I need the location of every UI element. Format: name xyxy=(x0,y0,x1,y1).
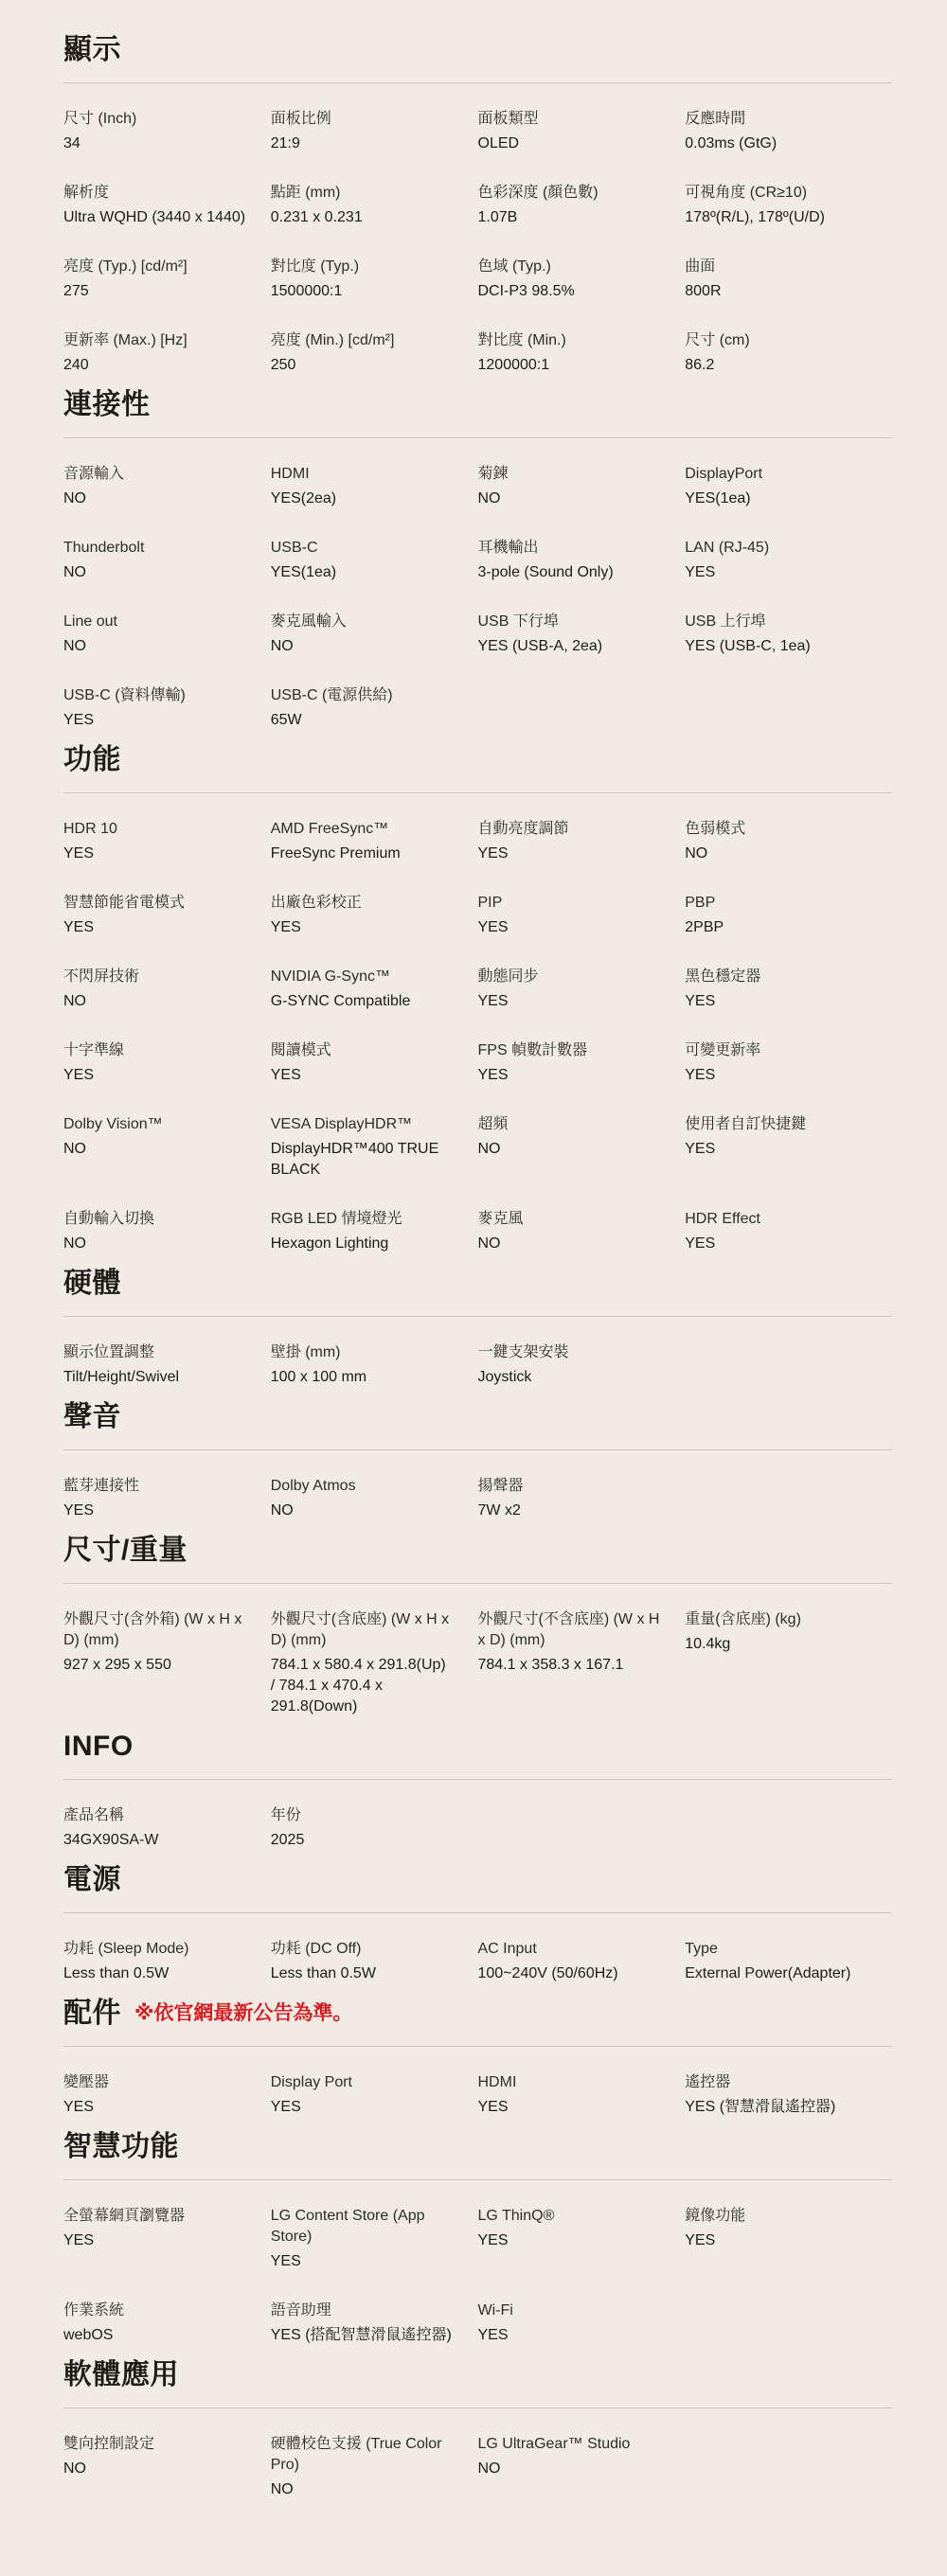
spec-label: 外觀尺寸(含底座) (W x H x D) (mm) xyxy=(271,1609,454,1651)
spec-row: 更新率 (Max.) [Hz] 240 亮度 (Min.) [cd/m²] 25… xyxy=(63,330,892,376)
spec-value: 7W x2 xyxy=(478,1501,661,1521)
spec-value: YES xyxy=(478,2230,661,2251)
spec-label: Dolby Atmos xyxy=(271,1476,454,1497)
spec-cell: Display Port YES xyxy=(271,2072,478,2118)
spec-cell: NVIDIA G-Sync™ G-SYNC Compatible xyxy=(271,967,478,1012)
spec-value: Joystick xyxy=(478,1367,661,1388)
spec-value: 178º(R/L), 178º(U/D) xyxy=(685,207,867,228)
spec-label: 尺寸 (Inch) xyxy=(63,109,246,130)
spec-label: 麥克風輸入 xyxy=(271,612,454,632)
section-rows: 雙向控制設定 NO 硬體校色支援 (True Color Pro) NO LG … xyxy=(63,2408,892,2500)
section-header: INFO xyxy=(63,1729,892,1765)
spec-row: Dolby Vision™ NO VESA DisplayHDR™ Displa… xyxy=(63,1114,892,1181)
spec-label: 耳機輸出 xyxy=(478,538,661,559)
section-title: 聲音 xyxy=(63,1399,121,1435)
spec-value: YES xyxy=(478,2325,661,2346)
spec-cell: 動態同步 YES xyxy=(478,967,686,1012)
spec-value: YES xyxy=(63,2230,246,2251)
spec-label: 語音助理 xyxy=(271,2301,454,2321)
spec-value: 800R xyxy=(685,281,867,302)
spec-cell: 尺寸 (Inch) 34 xyxy=(63,109,271,154)
spec-section: 尺寸/重量 外觀尺寸(含外箱) (W x H x D) (mm) 927 x 2… xyxy=(63,1533,892,1717)
spec-label: Thunderbolt xyxy=(63,538,246,559)
spec-value: 784.1 x 358.3 x 167.1 xyxy=(478,1655,661,1676)
spec-section: 顯示 尺寸 (Inch) 34 面板比例 21:9 面板類型 OLED 反應時間… xyxy=(63,32,892,376)
spec-value: NO xyxy=(63,489,246,509)
spec-label: 鏡像功能 xyxy=(685,2206,867,2227)
spec-cell: 自動輸入切換 NO xyxy=(63,1209,271,1254)
spec-value: NO xyxy=(63,562,246,583)
spec-value: 100~240V (50/60Hz) xyxy=(478,1963,661,1984)
spec-label: 外觀尺寸(含外箱) (W x H x D) (mm) xyxy=(63,1609,246,1651)
spec-cell: 功耗 (DC Off) Less than 0.5W xyxy=(271,1939,478,1984)
spec-value: 240 xyxy=(63,355,246,376)
spec-cell: 閱讀模式 YES xyxy=(271,1040,478,1086)
spec-value: NO xyxy=(271,636,454,657)
spec-row: 作業系統 webOS 語音助理 YES (搭配智慧滑鼠遙控器) Wi-Fi YE… xyxy=(63,2301,892,2346)
spec-value: YES (搭配智慧滑鼠遙控器) xyxy=(271,2325,454,2346)
spec-row: 全螢幕網頁瀏覽器 YES LG Content Store (App Store… xyxy=(63,2206,892,2272)
section-title: 連接性 xyxy=(63,387,151,423)
spec-label: 音源輸入 xyxy=(63,464,246,485)
spec-cell: USB-C (電源供給) 65W xyxy=(271,685,478,731)
spec-value: YES xyxy=(478,844,661,864)
spec-label: 面板類型 xyxy=(478,109,661,130)
spec-label: 顯示位置調整 xyxy=(63,1342,246,1363)
spec-cell: Dolby Atmos NO xyxy=(271,1476,478,1521)
spec-label: HDR Effect xyxy=(685,1209,867,1230)
section-title: 尺寸/重量 xyxy=(63,1533,188,1569)
spec-label: 作業系統 xyxy=(63,2301,246,2321)
spec-cell: 不閃屏技術 NO xyxy=(63,967,271,1012)
spec-cell: HDR Effect YES xyxy=(685,1209,892,1254)
spec-row: 自動輸入切換 NO RGB LED 情境燈光 Hexagon Lighting … xyxy=(63,1209,892,1254)
spec-label: USB 下行埠 xyxy=(478,612,661,632)
spec-label: 重量(含底座) (kg) xyxy=(685,1609,867,1630)
spec-cell: Dolby Vision™ NO xyxy=(63,1114,271,1160)
spec-label: 全螢幕網頁瀏覽器 xyxy=(63,2206,246,2227)
spec-cell: 亮度 (Min.) [cd/m²] 250 xyxy=(271,330,478,376)
spec-label: 超頻 xyxy=(478,1114,661,1135)
spec-value: 34GX90SA-W xyxy=(63,1830,246,1851)
spec-cell: 產品名稱 34GX90SA-W xyxy=(63,1805,271,1851)
spec-value: NO xyxy=(63,1234,246,1254)
spec-value: YES (智慧滑鼠遙控器) xyxy=(685,2097,867,2118)
section-header: 軟體應用 xyxy=(63,2357,892,2393)
spec-label: LG UltraGear™ Studio xyxy=(478,2434,661,2455)
spec-label: 曲面 xyxy=(685,257,867,277)
spec-value: YES (USB-A, 2ea) xyxy=(478,636,661,657)
spec-label: USB 上行埠 xyxy=(685,612,867,632)
spec-label: 十字準線 xyxy=(63,1040,246,1061)
spec-label: 動態同步 xyxy=(478,967,661,987)
spec-value: NO xyxy=(63,1139,246,1160)
spec-cell: 壁掛 (mm) 100 x 100 mm xyxy=(271,1342,478,1388)
spec-value: YES xyxy=(478,991,661,1012)
spec-section: 硬體 顯示位置調整 Tilt/Height/Swivel 壁掛 (mm) 100… xyxy=(63,1266,892,1388)
spec-cell: 語音助理 YES (搭配智慧滑鼠遙控器) xyxy=(271,2301,478,2346)
spec-label: PIP xyxy=(478,893,661,914)
spec-cell: 作業系統 webOS xyxy=(63,2301,271,2346)
spec-value: DCI-P3 98.5% xyxy=(478,281,661,302)
spec-label: 尺寸 (cm) xyxy=(685,330,867,351)
spec-value: YES(2ea) xyxy=(271,489,454,509)
spec-value: YES xyxy=(271,2251,454,2272)
spec-value: 34 xyxy=(63,133,246,154)
spec-cell: 十字準線 YES xyxy=(63,1040,271,1086)
spec-cell: Type External Power(Adapter) xyxy=(685,1939,892,1984)
spec-row: 音源輸入 NO HDMI YES(2ea) 菊鍊 NO DisplayPort … xyxy=(63,464,892,509)
section-title: 功能 xyxy=(63,742,121,778)
spec-cell: 外觀尺寸(含底座) (W x H x D) (mm) 784.1 x 580.4… xyxy=(271,1609,478,1717)
spec-value: 1.07B xyxy=(478,207,661,228)
spec-value: YES xyxy=(685,2230,867,2251)
spec-value: webOS xyxy=(63,2325,246,2346)
spec-cell: 雙向控制設定 NO xyxy=(63,2434,271,2479)
spec-cell: HDMI YES xyxy=(478,2072,686,2118)
spec-cell: FPS 幀數計數器 YES xyxy=(478,1040,686,1086)
spec-row: 雙向控制設定 NO 硬體校色支援 (True Color Pro) NO LG … xyxy=(63,2434,892,2500)
spec-label: 藍芽連接性 xyxy=(63,1476,246,1497)
spec-value: YES xyxy=(478,2097,661,2118)
spec-row: USB-C (資料傳輸) YES USB-C (電源供給) 65W xyxy=(63,685,892,731)
spec-cell: HDMI YES(2ea) xyxy=(271,464,478,509)
spec-value: YES xyxy=(63,710,246,731)
spec-value: 2025 xyxy=(271,1830,454,1851)
spec-label: 一鍵支架安裝 xyxy=(478,1342,661,1363)
spec-cell: LG UltraGear™ Studio NO xyxy=(478,2434,686,2479)
spec-cell: 遙控器 YES (智慧滑鼠遙控器) xyxy=(685,2072,892,2118)
spec-section: 功能 HDR 10 YES AMD FreeSync™ FreeSync Pre… xyxy=(63,742,892,1254)
spec-label: 對比度 (Typ.) xyxy=(271,257,454,277)
section-rows: 藍芽連接性 YES Dolby Atmos NO 揚聲器 7W x2 xyxy=(63,1450,892,1521)
spec-value: 100 x 100 mm xyxy=(271,1367,454,1388)
spec-cell: Thunderbolt NO xyxy=(63,538,271,583)
spec-row: 不閃屏技術 NO NVIDIA G-Sync™ G-SYNC Compatibl… xyxy=(63,967,892,1012)
spec-value: 2PBP xyxy=(685,917,867,938)
section-rows: 尺寸 (Inch) 34 面板比例 21:9 面板類型 OLED 反應時間 0.… xyxy=(63,83,892,376)
spec-cell: 鏡像功能 YES xyxy=(685,2206,892,2251)
spec-label: AC Input xyxy=(478,1939,661,1960)
section-header: 硬體 xyxy=(63,1266,892,1302)
spec-label: Type xyxy=(685,1939,867,1960)
spec-row: 產品名稱 34GX90SA-W 年份 2025 xyxy=(63,1805,892,1851)
spec-row: Thunderbolt NO USB-C YES(1ea) 耳機輸出 3-pol… xyxy=(63,538,892,583)
spec-value: YES xyxy=(63,844,246,864)
spec-cell: 顯示位置調整 Tilt/Height/Swivel xyxy=(63,1342,271,1388)
spec-label: 色彩深度 (顏色數) xyxy=(478,183,661,204)
spec-value: 0.231 x 0.231 xyxy=(271,207,454,228)
section-title: 硬體 xyxy=(63,1266,121,1302)
section-rows: 顯示位置調整 Tilt/Height/Swivel 壁掛 (mm) 100 x … xyxy=(63,1317,892,1388)
spec-label: 雙向控制設定 xyxy=(63,2434,246,2455)
spec-cell: 外觀尺寸(含外箱) (W x H x D) (mm) 927 x 295 x 5… xyxy=(63,1609,271,1676)
spec-label: 面板比例 xyxy=(271,109,454,130)
spec-label: HDR 10 xyxy=(63,819,246,840)
section-title: 配件 xyxy=(63,1996,121,2032)
section-header: 連接性 xyxy=(63,387,892,423)
spec-label: HDMI xyxy=(271,464,454,485)
spec-cell: 藍芽連接性 YES xyxy=(63,1476,271,1521)
spec-value: 250 xyxy=(271,355,454,376)
spec-label: 使用者自訂快捷鍵 xyxy=(685,1114,867,1135)
spec-cell: 色域 (Typ.) DCI-P3 98.5% xyxy=(478,257,686,302)
spec-label: NVIDIA G-Sync™ xyxy=(271,967,454,987)
spec-cell: 智慧節能省電模式 YES xyxy=(63,893,271,938)
spec-label: HDMI xyxy=(478,2072,661,2093)
section-rows: 功耗 (Sleep Mode) Less than 0.5W 功耗 (DC Of… xyxy=(63,1913,892,1984)
spec-value: 3-pole (Sound Only) xyxy=(478,562,661,583)
spec-cell: RGB LED 情境燈光 Hexagon Lighting xyxy=(271,1209,478,1254)
spec-cell: 可視角度 (CR≥10) 178º(R/L), 178º(U/D) xyxy=(685,183,892,228)
spec-cell: LG Content Store (App Store) YES xyxy=(271,2206,478,2272)
spec-value: G-SYNC Compatible xyxy=(271,991,454,1012)
spec-cell: USB-C YES(1ea) xyxy=(271,538,478,583)
spec-cell: 菊鍊 NO xyxy=(478,464,686,509)
spec-cell: 曲面 800R xyxy=(685,257,892,302)
spec-cell: AC Input 100~240V (50/60Hz) xyxy=(478,1939,686,1984)
spec-label: 產品名稱 xyxy=(63,1805,246,1826)
spec-label: 更新率 (Max.) [Hz] xyxy=(63,330,246,351)
spec-value: YES xyxy=(271,1065,454,1086)
spec-cell: 麥克風輸入 NO xyxy=(271,612,478,657)
section-header: 智慧功能 xyxy=(63,2129,892,2165)
spec-cell: 色彩深度 (顏色數) 1.07B xyxy=(478,183,686,228)
section-rows: 全螢幕網頁瀏覽器 YES LG Content Store (App Store… xyxy=(63,2180,892,2346)
spec-row: 解析度 Ultra WQHD (3440 x 1440) 點距 (mm) 0.2… xyxy=(63,183,892,228)
spec-value: YES (USB-C, 1ea) xyxy=(685,636,867,657)
spec-cell: 硬體校色支援 (True Color Pro) NO xyxy=(271,2434,478,2500)
spec-label: 自動輸入切換 xyxy=(63,1209,246,1230)
spec-cell: 色弱模式 NO xyxy=(685,819,892,864)
spec-value: Less than 0.5W xyxy=(271,1963,454,1984)
spec-cell: DisplayPort YES(1ea) xyxy=(685,464,892,509)
spec-value: YES xyxy=(478,1065,661,1086)
section-rows: 產品名稱 34GX90SA-W 年份 2025 xyxy=(63,1780,892,1851)
spec-cell: HDR 10 YES xyxy=(63,819,271,864)
spec-section: INFO 產品名稱 34GX90SA-W 年份 2025 xyxy=(63,1729,892,1851)
spec-label: 反應時間 xyxy=(685,109,867,130)
spec-cell: AMD FreeSync™ FreeSync Premium xyxy=(271,819,478,864)
spec-cell: USB-C (資料傳輸) YES xyxy=(63,685,271,731)
spec-value: OLED xyxy=(478,133,661,154)
spec-value: NO xyxy=(478,2459,661,2479)
section-header: 配件 ※依官網最新公告為準。 xyxy=(63,1996,892,2032)
section-header: 功能 xyxy=(63,742,892,778)
spec-cell: Line out NO xyxy=(63,612,271,657)
spec-label: 智慧節能省電模式 xyxy=(63,893,246,914)
spec-value: YES xyxy=(685,1234,867,1254)
spec-label: USB-C (電源供給) xyxy=(271,685,454,706)
spec-cell: 耳機輸出 3-pole (Sound Only) xyxy=(478,538,686,583)
spec-value: NO xyxy=(271,1501,454,1521)
spec-cell: 解析度 Ultra WQHD (3440 x 1440) xyxy=(63,183,271,228)
spec-cell: 亮度 (Typ.) [cd/m²] 275 xyxy=(63,257,271,302)
spec-section: 軟體應用 雙向控制設定 NO 硬體校色支援 (True Color Pro) N… xyxy=(63,2357,892,2500)
spec-value: Tilt/Height/Swivel xyxy=(63,1367,246,1388)
spec-label: PBP xyxy=(685,893,867,914)
spec-value: 86.2 xyxy=(685,355,867,376)
spec-cell: 點距 (mm) 0.231 x 0.231 xyxy=(271,183,478,228)
spec-cell: 音源輸入 NO xyxy=(63,464,271,509)
spec-page: 顯示 尺寸 (Inch) 34 面板比例 21:9 面板類型 OLED 反應時間… xyxy=(0,0,947,2576)
spec-value: FreeSync Premium xyxy=(271,844,454,864)
spec-row: HDR 10 YES AMD FreeSync™ FreeSync Premiu… xyxy=(63,819,892,864)
spec-cell: USB 上行埠 YES (USB-C, 1ea) xyxy=(685,612,892,657)
spec-value: YES(1ea) xyxy=(685,489,867,509)
spec-label: 年份 xyxy=(271,1805,454,1826)
section-title: INFO xyxy=(63,1729,134,1765)
spec-label: 菊鍊 xyxy=(478,464,661,485)
spec-label: 點距 (mm) xyxy=(271,183,454,204)
spec-cell: 揚聲器 7W x2 xyxy=(478,1476,686,1521)
spec-value: NO xyxy=(63,636,246,657)
spec-row: 尺寸 (Inch) 34 面板比例 21:9 面板類型 OLED 反應時間 0.… xyxy=(63,109,892,154)
spec-cell: 年份 2025 xyxy=(271,1805,478,1851)
spec-label: 揚聲器 xyxy=(478,1476,661,1497)
spec-cell: 更新率 (Max.) [Hz] 240 xyxy=(63,330,271,376)
spec-label: 壁掛 (mm) xyxy=(271,1342,454,1363)
spec-cell: PBP 2PBP xyxy=(685,893,892,938)
spec-label: 色域 (Typ.) xyxy=(478,257,661,277)
spec-label: RGB LED 情境燈光 xyxy=(271,1209,454,1230)
spec-value: YES xyxy=(271,917,454,938)
spec-cell: LAN (RJ-45) YES xyxy=(685,538,892,583)
spec-value: External Power(Adapter) xyxy=(685,1963,867,1984)
spec-cell: 使用者自訂快捷鍵 YES xyxy=(685,1114,892,1160)
spec-label: DisplayPort xyxy=(685,464,867,485)
spec-label: AMD FreeSync™ xyxy=(271,819,454,840)
spec-label: 亮度 (Min.) [cd/m²] xyxy=(271,330,454,351)
section-title: 電源 xyxy=(63,1862,121,1898)
spec-section: 連接性 音源輸入 NO HDMI YES(2ea) 菊鍊 NO DisplayP… xyxy=(63,387,892,731)
spec-value: 65W xyxy=(271,710,454,731)
spec-row: 外觀尺寸(含外箱) (W x H x D) (mm) 927 x 295 x 5… xyxy=(63,1609,892,1717)
spec-value: YES xyxy=(685,562,867,583)
section-header: 電源 xyxy=(63,1862,892,1898)
spec-label: 閱讀模式 xyxy=(271,1040,454,1061)
spec-value: 10.4kg xyxy=(685,1634,867,1655)
spec-label: Dolby Vision™ xyxy=(63,1114,246,1135)
spec-value: YES xyxy=(63,917,246,938)
spec-cell: PIP YES xyxy=(478,893,686,938)
spec-label: 不閃屏技術 xyxy=(63,967,246,987)
spec-label: 出廠色彩校正 xyxy=(271,893,454,914)
spec-label: 外觀尺寸(不含底座) (W x H x D) (mm) xyxy=(478,1609,661,1651)
spec-cell: 面板類型 OLED xyxy=(478,109,686,154)
spec-label: Display Port xyxy=(271,2072,454,2093)
spec-row: 亮度 (Typ.) [cd/m²] 275 對比度 (Typ.) 1500000… xyxy=(63,257,892,302)
spec-label: USB-C xyxy=(271,538,454,559)
spec-row: 變壓器 YES Display Port YES HDMI YES 遙控器 YE… xyxy=(63,2072,892,2118)
spec-cell: 出廠色彩校正 YES xyxy=(271,893,478,938)
spec-sections: 顯示 尺寸 (Inch) 34 面板比例 21:9 面板類型 OLED 反應時間… xyxy=(63,32,892,2500)
spec-row: 功耗 (Sleep Mode) Less than 0.5W 功耗 (DC Of… xyxy=(63,1939,892,1984)
spec-cell: Wi-Fi YES xyxy=(478,2301,686,2346)
spec-label: 對比度 (Min.) xyxy=(478,330,661,351)
spec-row: 顯示位置調整 Tilt/Height/Swivel 壁掛 (mm) 100 x … xyxy=(63,1342,892,1388)
spec-value: NO xyxy=(478,489,661,509)
spec-value: NO xyxy=(63,991,246,1012)
spec-value: YES xyxy=(63,2097,246,2118)
spec-label: Line out xyxy=(63,612,246,632)
spec-label: LG Content Store (App Store) xyxy=(271,2206,454,2247)
spec-value: 1500000:1 xyxy=(271,281,454,302)
spec-value: DisplayHDR™400 TRUE BLACK xyxy=(271,1139,454,1181)
section-rows: 變壓器 YES Display Port YES HDMI YES 遙控器 YE… xyxy=(63,2047,892,2118)
spec-section: 電源 功耗 (Sleep Mode) Less than 0.5W 功耗 (DC… xyxy=(63,1862,892,1984)
spec-cell: 自動亮度調節 YES xyxy=(478,819,686,864)
spec-row: Line out NO 麥克風輸入 NO USB 下行埠 YES (USB-A,… xyxy=(63,612,892,657)
spec-section: 智慧功能 全螢幕網頁瀏覽器 YES LG Content Store (App … xyxy=(63,2129,892,2346)
spec-row: 十字準線 YES 閱讀模式 YES FPS 幀數計數器 YES 可變更新率 YE… xyxy=(63,1040,892,1086)
spec-cell: 面板比例 21:9 xyxy=(271,109,478,154)
spec-cell: 外觀尺寸(不含底座) (W x H x D) (mm) 784.1 x 358.… xyxy=(478,1609,686,1676)
spec-cell: 可變更新率 YES xyxy=(685,1040,892,1086)
spec-value: YES xyxy=(63,1065,246,1086)
spec-label: USB-C (資料傳輸) xyxy=(63,685,246,706)
spec-value: 1200000:1 xyxy=(478,355,661,376)
section-rows: 外觀尺寸(含外箱) (W x H x D) (mm) 927 x 295 x 5… xyxy=(63,1584,892,1717)
spec-label: 色弱模式 xyxy=(685,819,867,840)
spec-label: Wi-Fi xyxy=(478,2301,661,2321)
section-note: ※依官網最新公告為準。 xyxy=(134,2000,352,2027)
spec-label: 亮度 (Typ.) [cd/m²] xyxy=(63,257,246,277)
spec-label: LAN (RJ-45) xyxy=(685,538,867,559)
spec-value: YES xyxy=(685,1139,867,1160)
section-title: 智慧功能 xyxy=(63,2129,179,2165)
spec-label: 可變更新率 xyxy=(685,1040,867,1061)
spec-label: 變壓器 xyxy=(63,2072,246,2093)
section-title: 軟體應用 xyxy=(63,2357,179,2393)
spec-label: 功耗 (Sleep Mode) xyxy=(63,1939,246,1960)
spec-value: 21:9 xyxy=(271,133,454,154)
section-header: 顯示 xyxy=(63,32,892,68)
section-rows: HDR 10 YES AMD FreeSync™ FreeSync Premiu… xyxy=(63,793,892,1254)
section-rows: 音源輸入 NO HDMI YES(2ea) 菊鍊 NO DisplayPort … xyxy=(63,438,892,731)
spec-label: FPS 幀數計數器 xyxy=(478,1040,661,1061)
spec-cell: 黑色穩定器 YES xyxy=(685,967,892,1012)
spec-label: 可視角度 (CR≥10) xyxy=(685,183,867,204)
spec-label: 硬體校色支援 (True Color Pro) xyxy=(271,2434,454,2476)
spec-cell: 功耗 (Sleep Mode) Less than 0.5W xyxy=(63,1939,271,1984)
spec-value: YES(1ea) xyxy=(271,562,454,583)
spec-cell: 重量(含底座) (kg) 10.4kg xyxy=(685,1609,892,1655)
spec-row: 智慧節能省電模式 YES 出廠色彩校正 YES PIP YES PBP 2PBP xyxy=(63,893,892,938)
spec-label: VESA DisplayHDR™ xyxy=(271,1114,454,1135)
spec-cell: 全螢幕網頁瀏覽器 YES xyxy=(63,2206,271,2251)
spec-value: NO xyxy=(478,1234,661,1254)
spec-value: 0.03ms (GtG) xyxy=(685,133,867,154)
spec-value: YES xyxy=(63,1501,246,1521)
spec-cell: 對比度 (Typ.) 1500000:1 xyxy=(271,257,478,302)
section-title: 顯示 xyxy=(63,32,121,68)
spec-cell: LG ThinQ® YES xyxy=(478,2206,686,2251)
spec-cell: 尺寸 (cm) 86.2 xyxy=(685,330,892,376)
spec-section: 聲音 藍芽連接性 YES Dolby Atmos NO 揚聲器 7W x2 xyxy=(63,1399,892,1521)
spec-value: NO xyxy=(271,2479,454,2500)
spec-value: YES xyxy=(685,1065,867,1086)
spec-cell: VESA DisplayHDR™ DisplayHDR™400 TRUE BLA… xyxy=(271,1114,478,1181)
spec-value: 275 xyxy=(63,281,246,302)
spec-value: 784.1 x 580.4 x 291.8(Up) / 784.1 x 470.… xyxy=(271,1655,454,1717)
spec-value: NO xyxy=(63,2459,246,2479)
spec-value: NO xyxy=(685,844,867,864)
spec-label: LG ThinQ® xyxy=(478,2206,661,2227)
spec-value: Ultra WQHD (3440 x 1440) xyxy=(63,207,246,228)
spec-cell: 反應時間 0.03ms (GtG) xyxy=(685,109,892,154)
spec-value: YES xyxy=(271,2097,454,2118)
